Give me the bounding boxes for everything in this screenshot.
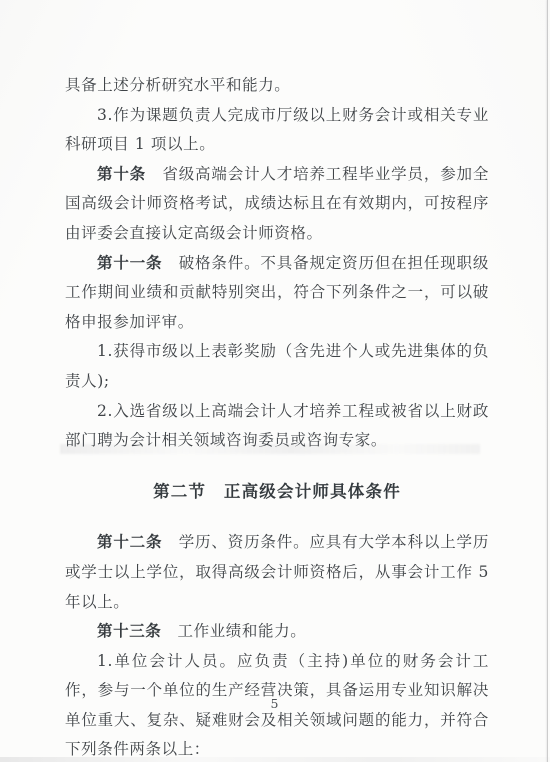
scan-bottom-edge-artifact bbox=[0, 757, 550, 762]
paragraph-text: 1.获得市级以上表彰奖励（含先进个人或先进集体的负责人); bbox=[65, 342, 489, 390]
article-number: 第十条 bbox=[97, 165, 146, 183]
paragraph: 3.作为课题负责人完成市厅级以上财务会计或相关专业科研项目 1 项以上。 bbox=[65, 101, 489, 160]
scanned-document-page: 具备上述分析研究水平和能力。3.作为课题负责人完成市厅级以上财务会计或相关专业科… bbox=[0, 0, 550, 762]
paragraph: 2.入选省级以上高端会计人才培养工程或被省以上财政部门聘为会计相关领域咨询委员或… bbox=[65, 397, 489, 456]
paragraph: 第十三条 工作业绩和能力。 bbox=[65, 617, 489, 647]
article-number: 第十二条 bbox=[97, 533, 162, 551]
paragraph: 第十二条 学历、资历条件。应具有大学本科以上学历或学士以上学位，取得高级会计师资… bbox=[65, 528, 489, 617]
section-heading: 第二节 正高级会计师具体条件 bbox=[65, 477, 489, 507]
paragraph-text: 3.作为课题负责人完成市厅级以上财务会计或相关专业科研项目 1 项以上。 bbox=[65, 106, 489, 154]
paragraph: 具备上述分析研究水平和能力。 bbox=[65, 71, 489, 101]
paragraph-text: 工作业绩和能力。 bbox=[161, 622, 306, 640]
scan-right-edge-artifact bbox=[547, 0, 548, 762]
paragraph-text: 具备上述分析研究水平和能力。 bbox=[65, 76, 290, 94]
paragraph-text: 2.入选省级以上高端会计人才培养工程或被省以上财政部门聘为会计相关领域咨询委员或… bbox=[65, 402, 489, 450]
article-number: 第十一条 bbox=[97, 254, 162, 272]
paragraph: 第十一条 破格条件。不具备规定资历但在担任现职级工作期间业绩和贡献特别突出，符合… bbox=[65, 249, 489, 338]
paragraph: 第十条 省级高端会计人才培养工程毕业学员，参加全国高级会计师资格考试，成绩达标且… bbox=[65, 160, 489, 249]
document-body: 具备上述分析研究水平和能力。3.作为课题负责人完成市厅级以上财务会计或相关专业科… bbox=[65, 71, 489, 762]
paragraph: 1.获得市级以上表彰奖励（含先进个人或先进集体的负责人); bbox=[65, 337, 489, 396]
page-number: 5 bbox=[0, 696, 550, 711]
article-number: 第十三条 bbox=[97, 622, 161, 640]
